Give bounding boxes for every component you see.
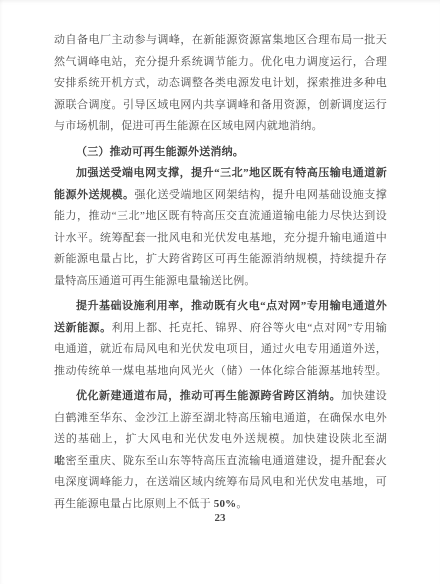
document-content: 动自备电厂主动参与调峰，在新能源资源富集地区合理布局一批天然气调峰电站，充分提升… <box>54 30 387 515</box>
text-segment: 电深度调峰能力，在送端区域内统筹布局风电和光伏发电基地，可 <box>54 476 387 488</box>
text-segment: 白鹤滩至华东、金沙江上游至湖北特高压输电通道，在确保水电外 <box>54 412 387 424</box>
text-line: 送的基础上，扩大风电和光伏发电外送规模。加快建设陕北至湖北、 <box>54 429 387 451</box>
text-segment: 然气调峰电站，充分提升系统调节能力。优化电力调度运行，合理 <box>54 56 387 68</box>
text-segment: 再生能源电量占比原则上不低于 <box>54 498 214 510</box>
text-line: 能力，推动“三北”地区既有特高压交直流通道输电能力尽快达到设 <box>54 206 387 228</box>
page-number: 23 <box>0 510 440 526</box>
text-segment: 安排系统开机方式，动态调整各类电源发电计划，探索推进多种电 <box>54 77 387 89</box>
text-line: 新能源电量占比，扩大跨省跨区可再生能源消纳规模，持续提升存 <box>54 249 387 271</box>
text-line: 提升基础设施利用率，推动既有火电“点对网”专用输电通道外 <box>54 296 387 318</box>
text-segment: 新能源电量占比，扩大跨省跨区可再生能源消纳规模，持续提升存 <box>54 253 387 265</box>
emphasized-text-segment: （三）推动可再生能源外送消纳。 <box>76 146 244 158</box>
text-line: 电深度调峰能力，在送端区域内统筹布局风电和光伏发电基地，可 <box>54 472 387 494</box>
text-segment: 能力，推动“三北”地区既有特高压交直流通道输电能力尽快达到设 <box>54 210 387 222</box>
text-segment: 与市场机制，促进可再生能源在区域电网内就地消纳。 <box>54 120 323 132</box>
text-segment: 量特高压通道可再生能源电量输送比例。 <box>54 275 256 287</box>
text-line: 计水平。统筹配套一批风电和光伏发电基地，充分提升输电通道中 <box>54 228 387 250</box>
text-line: 能源外送规模。强化送受端地区网架结构，提升电网基础设施支撑 <box>54 185 387 207</box>
text-line: 然气调峰电站，充分提升系统调节能力。优化电力调度运行，合理 <box>54 52 387 74</box>
text-segment: 电通道，就近布局风电和光伏发电项目，通过火电专用通道外送， <box>54 343 387 355</box>
text-segment: 加快建设 <box>341 390 387 402</box>
section-heading: （三）推动可再生能源外送消纳。 <box>54 142 387 164</box>
text-segment: 强化送受端地区网架结构，提升电网基础设施支撑 <box>134 189 387 201</box>
emphasized-text-segment: 加强送受端电网支撑，提升“三北”地区既有特高压输电通道新 <box>76 167 387 179</box>
text-line: 送新能源。利用上都、托克托、锦界、府谷等火电“点对网”专用输 <box>54 318 387 340</box>
text-line: 安排系统开机方式，动态调整各类电源发电计划，探索推进多种电 <box>54 73 387 95</box>
text-segment: 推动传统单一煤电基地向风光火（储）一体化综合能源基地转型。 <box>54 365 387 377</box>
text-segment: 源联合调度。引导区域电网内共享调峰和备用资源，创新调度运行 <box>54 99 387 111</box>
text-segment: 哈密至重庆、陇东至山东等特高压直流输电通道建设，提升配套火 <box>54 455 387 467</box>
emphasized-text-segment: 能源外送规模。 <box>54 189 134 201</box>
emphasized-text-segment: 优化新建通道布局，推动可再生能源跨省跨区消纳。 <box>76 390 341 402</box>
text-line: 与市场机制，促进可再生能源在区域电网内就地消纳。 <box>54 116 387 138</box>
emphasized-text-segment: 提升基础设施利用率，推动既有火电“点对网”专用输电通道外 <box>76 300 387 312</box>
text-segment: 。 <box>236 498 247 510</box>
text-line: 动自备电厂主动参与调峰，在新能源资源富集地区合理布局一批天 <box>54 30 387 52</box>
document-page: 动自备电厂主动参与调峰，在新能源资源富集地区合理布局一批天然气调峰电站，充分提升… <box>0 0 440 584</box>
text-segment: 计水平。统筹配套一批风电和光伏发电基地，充分提升输电通道中 <box>54 232 387 244</box>
text-line: 电通道，就近布局风电和光伏发电项目，通过火电专用通道外送， <box>54 339 387 361</box>
text-line: 加强送受端电网支撑，提升“三北”地区既有特高压输电通道新 <box>54 163 387 185</box>
text-segment: 动自备电厂主动参与调峰，在新能源资源富集地区合理布局一批天 <box>54 34 387 46</box>
text-line: 哈密至重庆、陇东至山东等特高压直流输电通道建设，提升配套火 <box>54 451 387 473</box>
text-line: 优化新建通道布局，推动可再生能源跨省跨区消纳。加快建设 <box>54 386 387 408</box>
text-line: 源联合调度。引导区域电网内共享调峰和备用资源，创新调度运行 <box>54 95 387 117</box>
emphasized-text-segment: 50% <box>214 498 237 510</box>
emphasized-text-segment: 送新能源。 <box>54 322 112 334</box>
text-line: 白鹤滩至华东、金沙江上游至湖北特高压输电通道，在确保水电外 <box>54 408 387 430</box>
text-segment: 利用上都、托克托、锦界、府谷等火电“点对网”专用输 <box>112 322 387 334</box>
text-line: 量特高压通道可再生能源电量输送比例。 <box>54 271 387 293</box>
text-line: 推动传统单一煤电基地向风光火（储）一体化综合能源基地转型。 <box>54 361 387 383</box>
